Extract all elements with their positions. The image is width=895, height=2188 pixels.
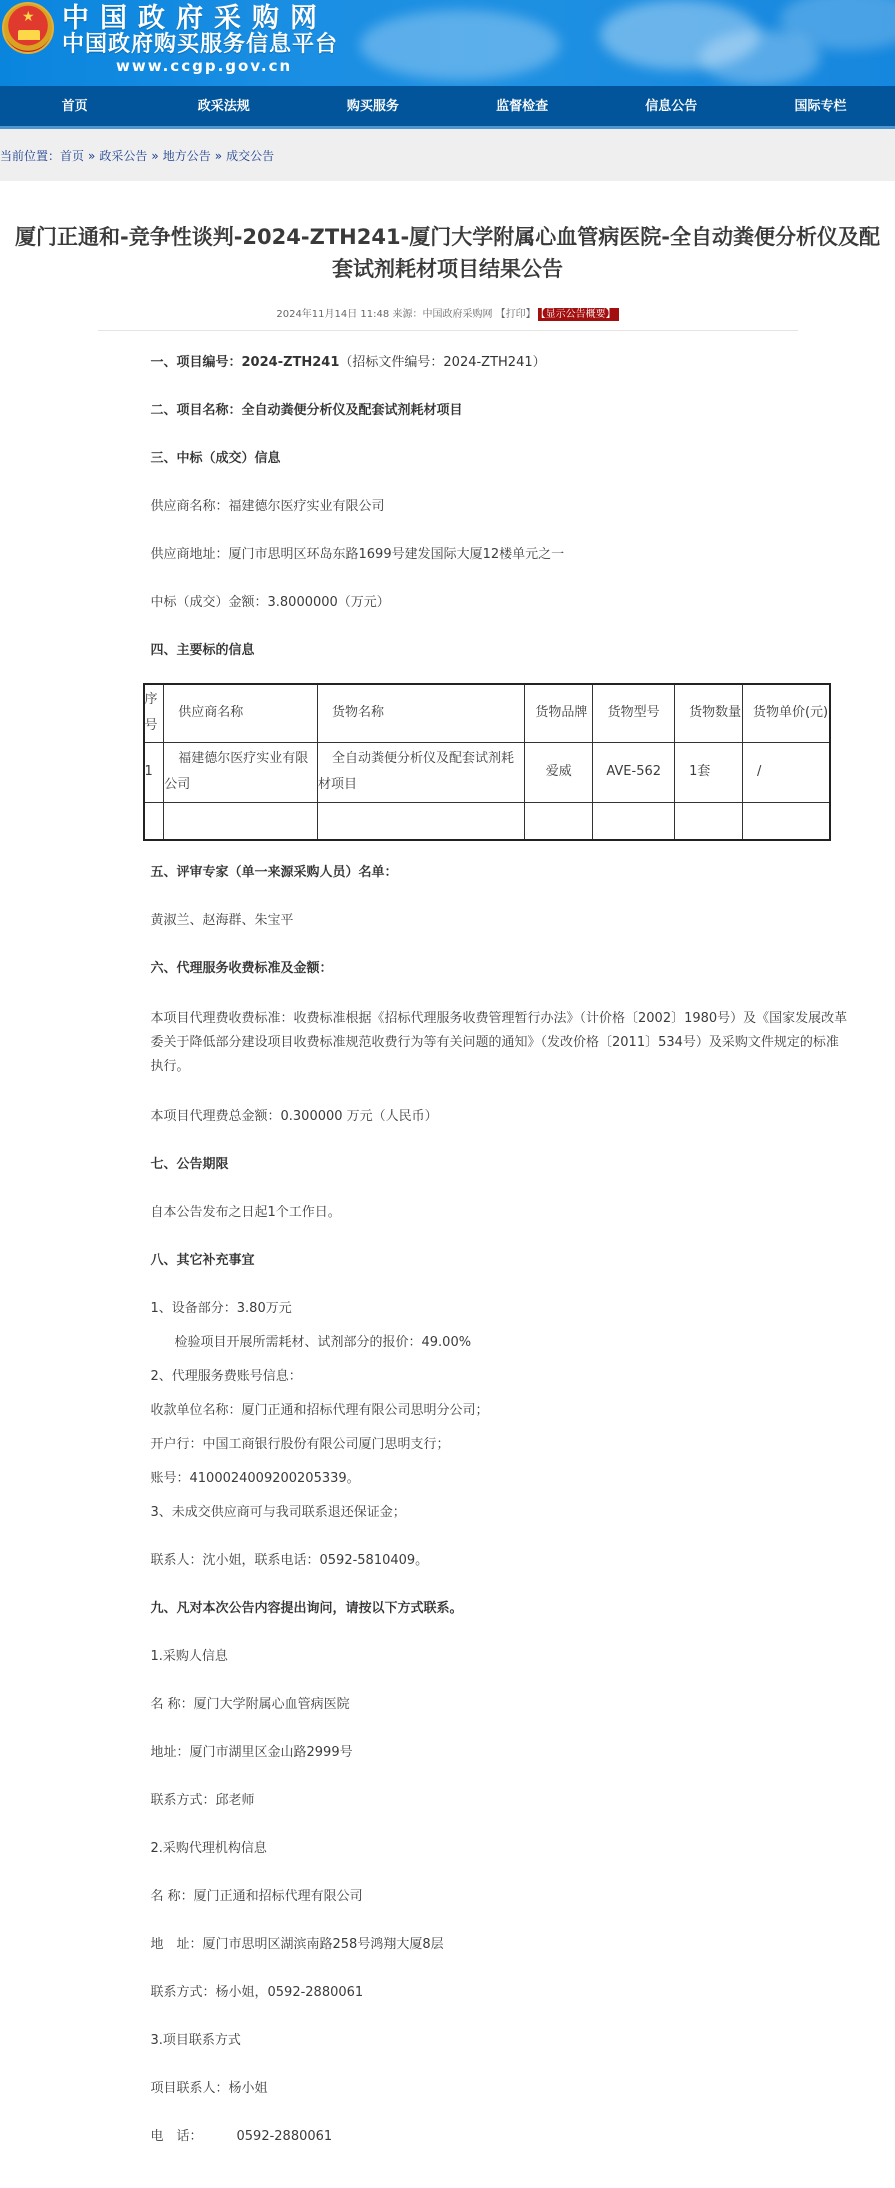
nav-item-regulations[interactable]: 政采法规	[149, 85, 298, 128]
section-project-name: 二、项目名称：全自动粪便分析仪及配套试剂耗材项目	[151, 401, 848, 421]
phone-label: 电 话：	[151, 2129, 203, 2144]
header-supplier: 供应商名称	[164, 684, 318, 742]
cell-goods-name: 全自动粪便分析仪及配套试剂耗材项目	[318, 742, 525, 802]
phone-number: 0592-2880061	[237, 2129, 333, 2144]
star-icon: ★	[22, 10, 35, 24]
breadcrumb-separator: »	[88, 149, 95, 163]
nav-item-announcements[interactable]: 信息公告	[597, 85, 746, 128]
refund-contact: 联系人：沈小姐，联系电话：0592-5810409。	[151, 1551, 848, 1571]
fee-standard: 本项目代理费收费标准：收费标准根据《招标代理服务收费管理暂行办法》（计价格〔20…	[151, 1007, 848, 1079]
supplement-deposit-refund: 3、未成交供应商可与我司联系退还保证金；	[151, 1503, 848, 1523]
table-row-empty	[144, 802, 830, 840]
bid-amount: 中标（成交）金额：3.8000000（万元）	[151, 593, 848, 613]
breadcrumb-separator: »	[215, 149, 222, 163]
print-link[interactable]: 【打印】	[496, 309, 536, 320]
project-number: 2024-ZTH241	[242, 355, 340, 370]
section-award-info: 三、中标（成交）信息	[151, 449, 848, 469]
site-subtitle: 中国政府购买服务信息平台	[62, 32, 338, 58]
cell-index: 1	[144, 742, 164, 802]
site-title[interactable]: 中国政府采购网	[62, 4, 328, 34]
breadcrumb-deal-announcements[interactable]: 成交公告	[226, 149, 274, 163]
header-quantity: 货物数量	[675, 684, 743, 742]
breadcrumb-home[interactable]: 首页	[60, 149, 84, 163]
breadcrumb-separator: »	[151, 149, 158, 163]
breadcrumb-prefix: 当前位置：	[0, 149, 60, 163]
breadcrumb-local-announcements[interactable]: 地方公告	[163, 149, 211, 163]
cell-quantity: 1套	[675, 742, 743, 802]
label: 一、项目编号：	[151, 355, 242, 370]
breadcrumb: 当前位置：首页»政采公告»地方公告»成交公告	[0, 147, 274, 164]
breadcrumb-bar: 当前位置：首页»政采公告»地方公告»成交公告	[0, 129, 895, 181]
payee-name: 收款单位名称：厦门正通和招标代理有限公司思明分公司；	[151, 1401, 848, 1421]
header-text: 货物名称	[318, 700, 384, 726]
project-contact-header: 3.项目联系方式	[151, 2031, 848, 2051]
fee-total: 本项目代理费总金额：0.300000 万元（人民币）	[151, 1107, 848, 1127]
cell-unit-price: /	[742, 742, 829, 802]
header-goods-name: 货物名称	[318, 684, 525, 742]
header-brand: 货物品牌	[525, 684, 593, 742]
source-name: 中国政府采购网	[422, 309, 492, 320]
section-experts: 五、评审专家（单一来源采购人员）名单：	[151, 863, 848, 883]
cell-supplier: 福建德尔医疗实业有限公司	[164, 742, 318, 802]
bank-name: 开户行：中国工商银行股份有限公司厦门思明支行；	[151, 1435, 848, 1455]
tiananmen-icon	[18, 30, 40, 40]
cell-empty	[318, 802, 525, 840]
cell-brand: 爱威	[525, 742, 593, 802]
supplement-equipment: 1、设备部分：3.80万元	[151, 1299, 848, 1319]
agent-name: 名 称：厦门正通和招标代理有限公司	[151, 1887, 848, 1907]
cell-model: AVE-562	[593, 742, 675, 802]
table-header-row: 序号 供应商名称 货物名称 货物品牌 货物型号 货物数量 货物单价(元)	[144, 684, 830, 742]
main-nav: 首页 政采法规 购买服务 监督检查 信息公告 国际专栏	[0, 86, 895, 129]
page-title: 厦门正通和-竞争性谈判-2024-ZTH241-厦门大学附属心血管病医院-全自动…	[8, 221, 888, 285]
cell-empty	[742, 802, 829, 840]
section-project-number: 一、项目编号：2024-ZTH241（招标文件编号：2024-ZTH241）	[151, 353, 848, 373]
announcement-period: 自本公告发布之日起1个工作日。	[151, 1203, 848, 1223]
agent-contact: 联系方式：杨小姐，0592-2880061	[151, 1983, 848, 2003]
publish-datetime: 2024年11月14日 11:48	[276, 309, 389, 320]
cell-empty	[593, 802, 675, 840]
site-banner: ★ 中国政府采购网 中国政府购买服务信息平台 www.ccgp.gov.cn	[0, 0, 895, 86]
article-meta: 2024年11月14日 11:48 来源：中国政府采购网 【打印】【显示公告概要…	[98, 305, 798, 331]
header-text: 供应商名称	[164, 700, 243, 726]
header-model: 货物型号	[593, 684, 675, 742]
tender-doc-number: （招标文件编号：2024-ZTH241）	[339, 355, 545, 370]
account-number: 账号：4100024009200205339。	[151, 1469, 848, 1489]
section-inquiry-contact: 九、凡对本次公告内容提出询问，请按以下方式联系。	[151, 1599, 848, 1619]
site-url: www.ccgp.gov.cn	[116, 57, 292, 75]
buyer-name: 名 称：厦门大学附属心血管病医院	[151, 1695, 848, 1715]
cloud-decoration	[360, 10, 560, 80]
article-content: 一、项目编号：2024-ZTH241（招标文件编号：2024-ZTH241） 二…	[48, 331, 848, 2147]
supplement-consumables-quote: 检验项目开展所需耗材、试剂部分的报价：49.00%	[151, 1333, 848, 1353]
supplier-address: 供应商地址：厦门市思明区环岛东路1699号建发国际大厦12楼单元之一	[151, 545, 848, 565]
project-phone: 电 话：0592-2880061	[151, 2127, 848, 2147]
cell-empty	[525, 802, 593, 840]
supplement-account-info: 2、代理服务费账号信息：	[151, 1367, 848, 1387]
cell-empty	[144, 802, 164, 840]
agent-address: 地 址：厦门市思明区湖滨南路258号鸿翔大厦8层	[151, 1935, 848, 1955]
section-main-items: 四、主要标的信息	[151, 641, 848, 661]
nav-item-home[interactable]: 首页	[0, 85, 149, 128]
goods-table: 序号 供应商名称 货物名称 货物品牌 货物型号 货物数量 货物单价(元) 1 福…	[143, 683, 831, 841]
nav-item-purchase-services[interactable]: 购买服务	[298, 85, 447, 128]
national-emblem-icon[interactable]: ★	[2, 2, 54, 54]
nav-item-international[interactable]: 国际专栏	[746, 85, 895, 128]
agent-info-header: 2.采购代理机构信息	[151, 1839, 848, 1859]
cell-empty	[675, 802, 743, 840]
buyer-contact: 联系方式：邱老师	[151, 1791, 848, 1811]
cell-empty	[164, 802, 318, 840]
section-supplementary: 八、其它补充事宜	[151, 1251, 848, 1271]
table-row: 1 福建德尔医疗实业有限公司 全自动粪便分析仪及配套试剂耗材项目 爱威 AVE-…	[144, 742, 830, 802]
nav-item-supervision[interactable]: 监督检查	[448, 85, 597, 128]
supplier-name: 供应商名称：福建德尔医疗实业有限公司	[151, 497, 848, 517]
show-summary-button[interactable]: 【显示公告概要】	[538, 308, 619, 321]
expert-list: 黄淑兰、赵海群、朱宝平	[151, 911, 848, 931]
header-unit-price: 货物单价(元)	[742, 684, 829, 742]
project-contact-person: 项目联系人：杨小姐	[151, 2079, 848, 2099]
header-index: 序号	[144, 684, 164, 742]
section-agency-fee: 六、代理服务收费标准及金额：	[151, 959, 848, 979]
breadcrumb-gov-procurement[interactable]: 政采公告	[99, 149, 147, 163]
buyer-info-header: 1.采购人信息	[151, 1647, 848, 1667]
section-announcement-period: 七、公告期限	[151, 1155, 848, 1175]
buyer-address: 地址：厦门市湖里区金山路2999号	[151, 1743, 848, 1763]
source-label: 来源：	[392, 309, 422, 320]
